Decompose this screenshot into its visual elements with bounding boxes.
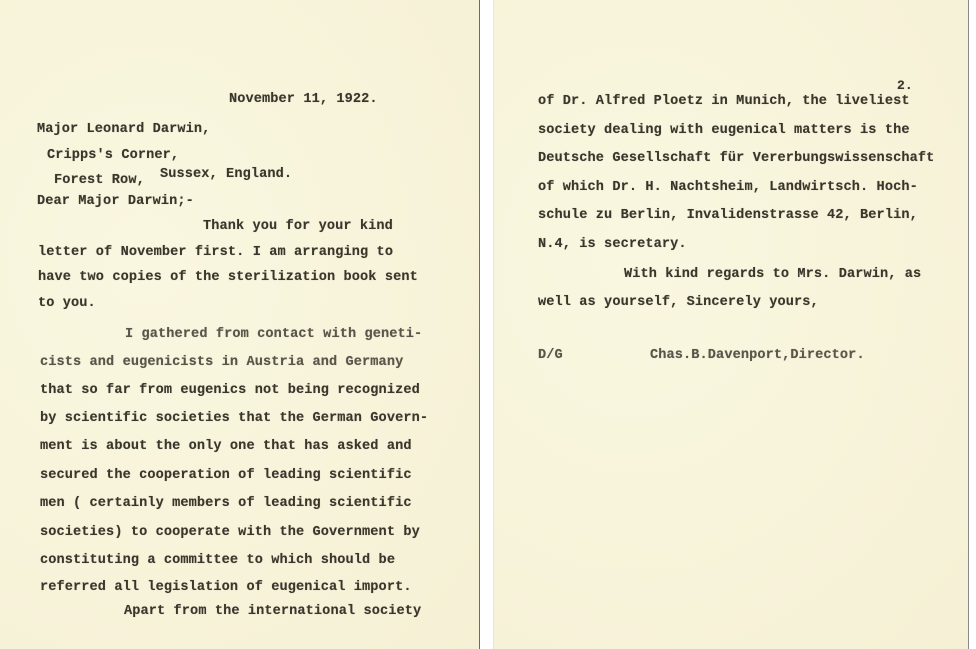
body-line: I gathered from contact with geneti-: [125, 327, 422, 342]
body-line: cists and eugenicists in Austria and Ger…: [40, 355, 403, 370]
body-line: referred all legislation of eugenical im…: [40, 580, 412, 595]
body-line: of which Dr. H. Nachtsheim, Landwirtsch.…: [538, 180, 918, 195]
body-line: letter of November first. I am arranging…: [38, 245, 393, 260]
salutation: Dear Major Darwin;-: [37, 194, 194, 209]
body-line: have two copies of the sterilization boo…: [38, 270, 418, 285]
body-line: men ( certainly members of leading scien…: [40, 496, 412, 511]
signature: Chas.B.Davenport,Director.: [650, 348, 865, 363]
letter-page-2: 2. of Dr. Alfred Ploetz in Munich, the l…: [493, 0, 969, 649]
body-line: Thank you for your kind: [203, 219, 393, 234]
recipient-address-line-2a: Forest Row,: [54, 173, 145, 188]
body-line: secured the cooperation of leading scien…: [40, 468, 412, 483]
body-line: Apart from the international society: [124, 604, 421, 619]
body-line: to you.: [38, 296, 96, 311]
body-line: of Dr. Alfred Ploetz in Munich, the live…: [538, 94, 910, 109]
body-line: ment is about the only one that has aske…: [40, 439, 412, 454]
body-line: schule zu Berlin, Invalidenstrasse 42, B…: [538, 208, 918, 223]
body-line: that so far from eugenics not being reco…: [40, 383, 420, 398]
body-line: society dealing with eugenical matters i…: [538, 123, 910, 138]
body-line: N.4, is secretary.: [538, 237, 687, 252]
body-line: Deutsche Gesellschaft für Vererbungswiss…: [538, 151, 934, 166]
page-number: 2.: [897, 78, 913, 93]
recipient-name: Major Leonard Darwin,: [37, 122, 210, 137]
recipient-address-line-2b: Sussex, England.: [160, 167, 292, 182]
typist-initials: D/G: [538, 348, 563, 363]
recipient-address-line-1: Cripps's Corner,: [47, 148, 179, 163]
body-line: constituting a committee to which should…: [40, 553, 395, 568]
body-line: by scientific societies that the German …: [40, 411, 428, 426]
body-line: With kind regards to Mrs. Darwin, as: [624, 267, 921, 282]
body-line: well as yourself, Sincerely yours,: [538, 295, 819, 310]
letter-date: November 11, 1922.: [229, 92, 378, 107]
body-line: societies) to cooperate with the Governm…: [40, 525, 420, 540]
letter-page-1: November 11, 1922. Major Leonard Darwin,…: [0, 0, 480, 649]
